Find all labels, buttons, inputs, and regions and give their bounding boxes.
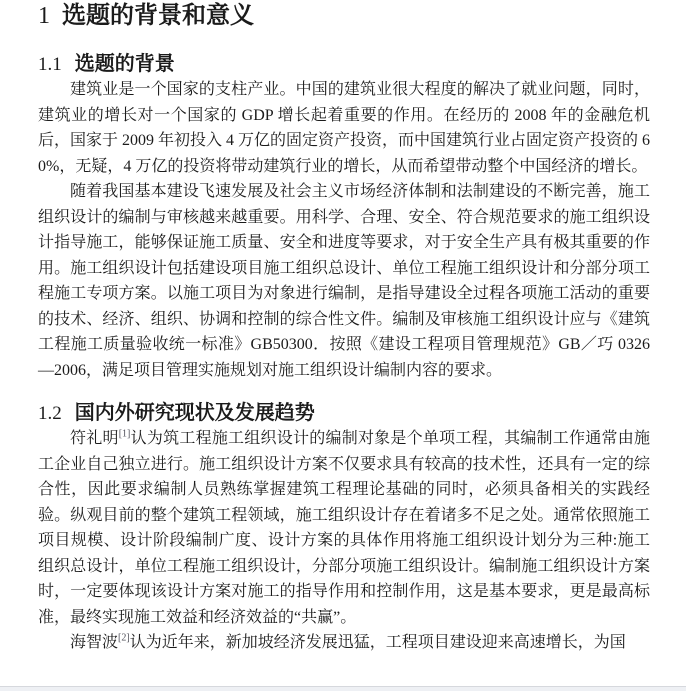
author-name: 海智波 [70, 634, 118, 651]
section-1-1-title: 选题的背景 [75, 53, 175, 75]
section-1-2-title: 国内外研究现状及发展趋势 [75, 402, 315, 424]
paragraph-research-haizhibo: 海智波[2]认为近年来，新加坡经济发展迅猛，工程项目建设迎来高速增长，为国 [38, 630, 650, 656]
citation-ref-2: [2] [118, 633, 130, 644]
paragraph-construction-org-design: 随着我国基本建设飞速发展及社会主义市场经济体制和法制建设的不断完善，施工组织设计… [38, 179, 650, 383]
chapter-title: 选题的背景和意义 [62, 2, 254, 29]
section-1-2-heading: 1.2国内外研究现状及发展趋势 [38, 401, 650, 426]
section-1-1-number: 1.1 [38, 54, 62, 75]
section-1-2-number: 1.2 [38, 403, 62, 424]
paragraph-text: 认为筑工程施工组织设计的编制对象是个单项工程，其编制工作通常由施工企业自己独立进… [38, 430, 650, 626]
citation-ref-1: [1] [119, 429, 131, 440]
paragraph-building-industry: 建筑业是一个国家的支柱产业。中国的建筑业很大程度的解决了就业问题，同时，建筑业的… [38, 77, 650, 179]
window-bottom-edge [0, 686, 686, 691]
chapter-heading: 1选题的背景和意义 [38, 2, 650, 30]
paragraph-text: 认为近年来，新加坡经济发展迅猛，工程项目建设迎来高速增长，为国 [130, 634, 626, 651]
author-name: 符礼明 [70, 430, 119, 447]
paragraph-research-fuliming: 符礼明[1]认为筑工程施工组织设计的编制对象是个单项工程，其编制工作通常由施工企… [38, 426, 650, 630]
chapter-number: 1 [38, 3, 50, 29]
document-page: 1选题的背景和意义 1.1选题的背景 建筑业是一个国家的支柱产业。中国的建筑业很… [0, 2, 686, 656]
section-1-1-heading: 1.1选题的背景 [38, 52, 650, 77]
